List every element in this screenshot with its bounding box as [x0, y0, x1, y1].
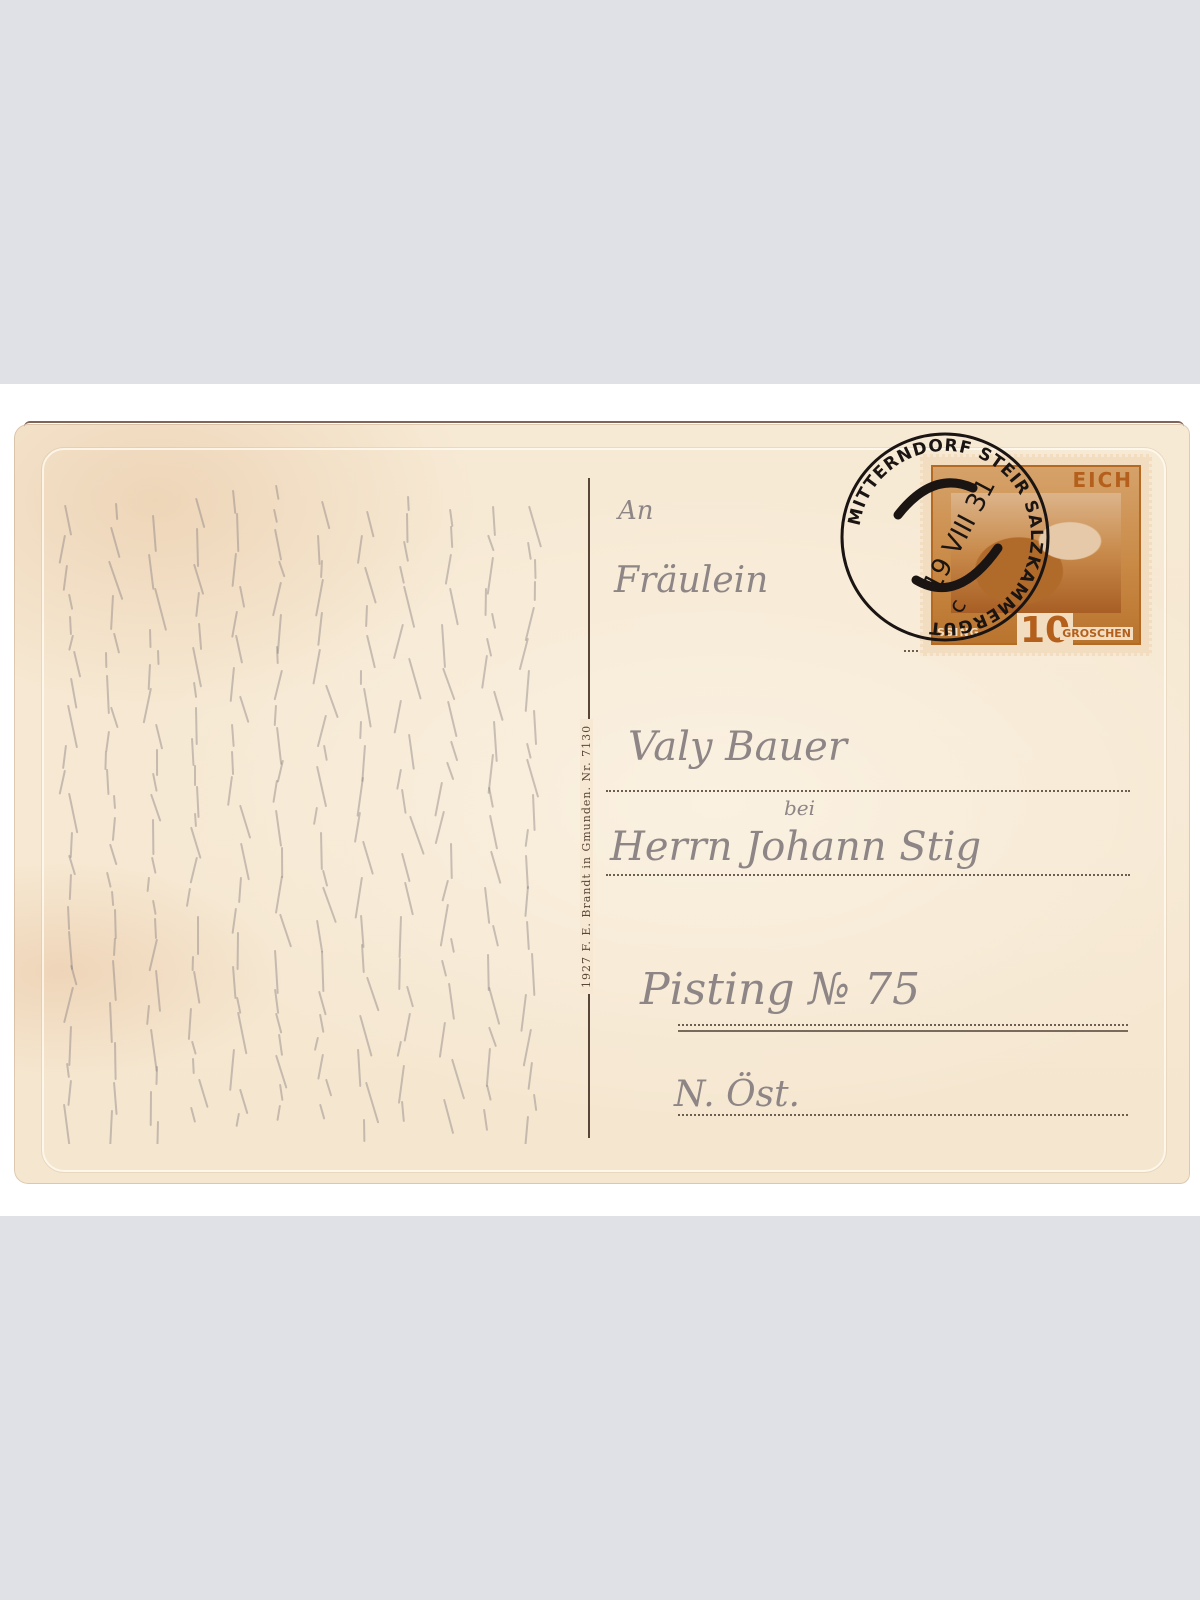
- handwriting-stroke: [149, 629, 152, 648]
- handwriting-stroke: [534, 581, 536, 601]
- handwriting-stroke: [112, 959, 117, 1000]
- handwriting-stroke: [109, 1002, 113, 1043]
- handwriting-stroke: [191, 738, 195, 766]
- handwriting-stroke: [69, 635, 75, 651]
- handwriting-stroke: [357, 1049, 361, 1087]
- handwriting-stroke: [273, 509, 278, 524]
- handwriting-stroke: [357, 776, 364, 816]
- handwriting-stroke: [525, 855, 529, 889]
- handwriting-stroke: [317, 1054, 324, 1080]
- handwriting-stroke: [197, 916, 199, 955]
- handwriting-stroke: [105, 731, 110, 752]
- address-underline: [678, 1030, 1128, 1032]
- handwriting-stroke: [525, 670, 530, 712]
- address-salutation: An: [618, 496, 654, 526]
- handwriting-stroke: [488, 1027, 497, 1048]
- address-line-5: [678, 1114, 1128, 1116]
- handwriting-stroke: [528, 506, 542, 548]
- handwriting-stroke: [193, 564, 204, 595]
- handwriting-stroke: [521, 994, 528, 1032]
- handwriting-stroke: [272, 582, 282, 617]
- handwriting-stroke: [357, 535, 363, 564]
- handwriting-stroke: [524, 829, 528, 847]
- handwriting-stroke: [275, 1054, 287, 1088]
- handwriting-stroke: [406, 986, 414, 1007]
- handwriting-stroke: [316, 920, 323, 952]
- handwriting-stroke: [67, 1080, 72, 1106]
- handwriting-stroke: [236, 932, 238, 970]
- handwriting-stroke: [403, 541, 409, 562]
- handwriting-stroke: [407, 496, 410, 511]
- handwriting-stroke: [189, 856, 197, 883]
- handwriting-stroke: [486, 1048, 491, 1087]
- handwriting-stroke: [114, 909, 117, 939]
- handwriting-stroke: [489, 815, 498, 850]
- handwriting-stroke: [402, 852, 412, 882]
- handwriting-stroke: [450, 741, 458, 762]
- handwriting-stroke: [487, 535, 494, 551]
- handwriting-stroke: [524, 1116, 529, 1144]
- handwriting-stroke: [192, 956, 194, 971]
- address-line-3: [606, 874, 1130, 876]
- handwriting-stroke: [277, 760, 284, 783]
- handwriting-stroke: [104, 751, 107, 770]
- handwriting-stroke: [316, 766, 327, 807]
- handwriting-stroke: [194, 765, 196, 786]
- handwriting-stroke: [113, 795, 116, 809]
- handwriting-stroke: [110, 527, 120, 558]
- handwriting-stroke: [106, 769, 109, 795]
- handwriting-stroke: [231, 724, 235, 747]
- handwriting-stroke: [488, 787, 494, 808]
- handwriting-stroke: [73, 651, 81, 678]
- publisher-imprint: 1927 F. E. Brandt in Gmunden. Nr. 7130: [580, 719, 593, 994]
- handwriting-stroke: [276, 1105, 281, 1121]
- handwriting-stroke: [317, 612, 323, 646]
- handwriting-stroke: [194, 813, 197, 827]
- handwriting-stroke: [320, 560, 323, 578]
- handwriting-stroke: [113, 632, 120, 653]
- handwriting-stroke: [281, 847, 283, 878]
- handwriting-stroke: [68, 793, 78, 833]
- handwriting-stroke: [192, 1058, 195, 1074]
- handwriting-stroke: [323, 745, 328, 761]
- handwriting-stroke: [230, 667, 235, 702]
- handwriting-stroke: [196, 528, 199, 567]
- handwriting-stroke: [67, 906, 70, 930]
- handwriting-stroke: [152, 819, 154, 855]
- handwriting-stroke: [114, 1041, 117, 1079]
- handwriting-stroke: [154, 587, 167, 630]
- handwriting-stroke: [69, 616, 72, 635]
- handwriting-stroke: [360, 670, 362, 685]
- handwriting-stroke: [146, 1004, 150, 1024]
- handwriting-stroke: [156, 1066, 159, 1085]
- handwriting-stroke: [68, 855, 76, 875]
- handwriting-stroke: [155, 970, 161, 1012]
- handwriting-stroke: [526, 921, 530, 950]
- handwriting-stroke: [196, 786, 200, 818]
- handwriting-stroke: [150, 794, 161, 822]
- handwriting-stroke: [236, 996, 241, 1013]
- handwriting-stroke: [274, 529, 282, 561]
- handwriting-stroke: [363, 1119, 365, 1142]
- handwriting-stroke: [312, 649, 321, 684]
- handwriting-stroke: [483, 1108, 488, 1130]
- handwriting-stroke: [278, 1034, 283, 1056]
- handwriting-stroke: [273, 670, 282, 701]
- handwriting-stroke: [68, 594, 73, 610]
- handwriting-stroke: [147, 664, 150, 690]
- address-line-2: [606, 790, 1130, 792]
- handwriting-stroke: [441, 959, 447, 976]
- handwriting-stroke: [191, 1041, 197, 1055]
- handwriting-stroke: [63, 1104, 70, 1144]
- handwriting-stroke: [319, 1013, 325, 1032]
- handwriting-stroke: [232, 966, 236, 999]
- handwriting-stroke: [440, 903, 449, 945]
- handwriting-stroke: [366, 634, 376, 668]
- handwriting-stroke: [143, 688, 152, 724]
- handwriting-stroke: [406, 513, 409, 543]
- handwriting-stroke: [273, 705, 276, 726]
- handwriting-stroke: [148, 554, 154, 590]
- handwriting-stroke: [393, 699, 401, 733]
- handwriting-stroke: [441, 880, 448, 901]
- handwriting-stroke: [274, 950, 279, 994]
- handwriting-stroke: [112, 817, 116, 841]
- handwriting-stroke: [488, 987, 500, 1025]
- handwriting-stroke: [58, 534, 65, 563]
- handwriting-stroke: [524, 886, 529, 917]
- handwriting-stroke: [409, 815, 425, 854]
- handwriting-stroke: [533, 1094, 537, 1111]
- address-host: Herrn Johann Stig: [610, 824, 981, 870]
- handwriting-stroke: [523, 1029, 532, 1067]
- handwriting-stroke: [366, 977, 380, 1012]
- handwriting-stroke: [365, 1082, 379, 1123]
- address-region: N. Öst.: [674, 1074, 800, 1115]
- handwriting-stroke: [401, 1101, 405, 1122]
- handwriting-stroke: [67, 705, 78, 748]
- handwriting-stroke: [106, 872, 112, 888]
- handwriting-stroke: [487, 954, 490, 991]
- handwriting-stroke: [69, 874, 72, 900]
- handwriting-stroke: [278, 560, 285, 577]
- address-name: Valy Bauer: [628, 724, 847, 770]
- handwriting-stroke: [360, 915, 365, 948]
- handwriting-stroke: [272, 780, 278, 803]
- handwriting-stroke: [157, 650, 160, 665]
- handwriting-stroke: [491, 613, 496, 629]
- handwriting-stroke: [313, 807, 318, 825]
- handwriting-stroke: [355, 877, 363, 919]
- handwriting-stroke: [490, 851, 501, 884]
- handwriting-stroke: [438, 1022, 445, 1058]
- handwriting-stroke: [108, 561, 123, 600]
- handwriting-stroke: [361, 943, 365, 972]
- handwriting-stroke: [366, 510, 375, 537]
- handwriting-stroke: [315, 578, 324, 615]
- handwriting-stroke: [156, 749, 158, 776]
- handwriting-stroke: [393, 624, 404, 659]
- handwriting-stroke: [193, 682, 197, 698]
- handwriting-stroke: [195, 592, 200, 617]
- handwriting-stroke: [105, 652, 107, 668]
- handwriting-stroke: [113, 1082, 118, 1115]
- handwriting-stroke: [484, 887, 490, 924]
- handwriting-stroke: [109, 844, 117, 866]
- handwriting-stroke: [229, 1049, 235, 1091]
- handwriting-stroke: [236, 513, 239, 552]
- handwriting-stroke: [450, 526, 453, 548]
- handwriting-stroke: [193, 971, 200, 1004]
- handwriting-stroke: [149, 1091, 151, 1126]
- handwriting-stroke: [364, 567, 377, 604]
- handwriting-stroke: [156, 1121, 159, 1144]
- handwritten-message: [44, 464, 574, 1144]
- handwriting-stroke: [152, 900, 157, 915]
- handwriting-stroke: [70, 965, 78, 986]
- handwriting-stroke: [519, 638, 529, 671]
- handwriting-stroke: [528, 1062, 533, 1090]
- handwriting-stroke: [486, 1085, 492, 1101]
- handwriting-stroke: [322, 869, 328, 886]
- stamp-unit: GROSCHEN: [1060, 627, 1133, 640]
- handwriting-stroke: [113, 938, 116, 956]
- handwriting-stroke: [354, 812, 361, 843]
- handwriting-stroke: [399, 566, 405, 584]
- handwriting-stroke: [63, 986, 74, 1022]
- handwriting-stroke: [236, 1112, 241, 1126]
- handwriting-stroke: [235, 635, 243, 664]
- handwriting-stroke: [239, 1089, 248, 1114]
- handwriting-stroke: [321, 501, 330, 530]
- handwriting-stroke: [198, 623, 202, 651]
- handwriting-stroke: [198, 1078, 209, 1107]
- handwriting-stroke: [110, 707, 119, 729]
- handwriting-stroke: [492, 925, 499, 947]
- handwriting-stroke: [275, 485, 279, 500]
- handwriting-stroke: [237, 1012, 247, 1055]
- handwriting-stroke: [486, 637, 492, 655]
- handwriting-stroke: [484, 588, 486, 616]
- handwriting-stroke: [398, 916, 401, 958]
- handwriting-stroke: [449, 509, 453, 527]
- handwriting-stroke: [359, 1014, 373, 1056]
- handwriting-stroke: [152, 515, 157, 553]
- handwriting-stroke: [447, 701, 458, 738]
- handwriting-stroke: [534, 559, 537, 579]
- handwriting-stroke: [227, 775, 233, 805]
- handwriting-stroke: [275, 810, 282, 847]
- handwriting-stroke: [481, 654, 488, 688]
- handwriting-stroke: [186, 888, 191, 907]
- handwriting-stroke: [240, 843, 250, 881]
- handwriting-stroke: [404, 882, 414, 915]
- handwriting-stroke: [238, 877, 242, 903]
- handwriting-stroke: [492, 506, 496, 537]
- handwriting-stroke: [154, 918, 157, 939]
- handwriting-stroke: [397, 1041, 402, 1057]
- handwriting-stroke: [533, 710, 537, 745]
- handwriting-stroke: [190, 827, 201, 859]
- handwriting-stroke: [275, 1013, 282, 1034]
- handwriting-stroke: [318, 991, 327, 1015]
- handwriting-stroke: [190, 1107, 196, 1123]
- handwriting-stroke: [150, 1028, 158, 1071]
- handwriting-stroke: [363, 688, 372, 728]
- handwriting-stroke: [322, 886, 337, 923]
- handwriting-stroke: [317, 715, 327, 748]
- handwriting-stroke: [408, 658, 422, 700]
- handwriting-stroke: [365, 605, 368, 627]
- handwriting-stroke: [408, 734, 415, 770]
- handwriting-stroke: [525, 607, 535, 642]
- handwriting-stroke: [64, 504, 72, 535]
- handwriting-stroke: [325, 1079, 332, 1097]
- handwriting-stroke: [110, 595, 114, 630]
- postcard: 1927 F. E. Brandt in Gmunden. Nr. 7130 A…: [14, 424, 1190, 1184]
- handwriting-stroke: [446, 762, 454, 780]
- handwriting-stroke: [231, 553, 236, 587]
- handwriting-stroke: [449, 588, 459, 626]
- handwriting-stroke: [403, 585, 415, 627]
- handwriting-stroke: [239, 696, 249, 723]
- handwriting-stroke: [108, 1110, 112, 1144]
- address-town: Pisting № 75: [640, 964, 920, 1015]
- handwriting-stroke: [445, 553, 452, 584]
- handwriting-stroke: [493, 691, 504, 721]
- handwriting-stroke: [320, 832, 323, 870]
- handwriting-stroke: [359, 721, 362, 739]
- handwriting-stroke: [151, 857, 157, 874]
- handwriting-stroke: [231, 751, 234, 775]
- handwriting-stroke: [111, 891, 114, 906]
- handwriting-stroke: [155, 724, 163, 750]
- handwriting-stroke: [442, 668, 455, 700]
- handwriting-stroke: [314, 1037, 319, 1051]
- handwriting-stroke: [232, 489, 236, 513]
- handwriting-stroke: [399, 958, 402, 990]
- handwriting-stroke: [398, 1065, 405, 1104]
- address-care-of: bei: [784, 796, 815, 820]
- handwriting-stroke: [62, 745, 67, 769]
- handwriting-stroke: [279, 1084, 283, 1101]
- handwriting-stroke: [319, 1104, 325, 1120]
- handwriting-stroke: [115, 503, 118, 520]
- handwriting-stroke: [532, 794, 536, 831]
- handwriting-stroke: [443, 1099, 454, 1135]
- handwriting-stroke: [325, 685, 339, 719]
- handwriting-stroke: [321, 951, 324, 992]
- handwriting-stroke: [451, 1058, 465, 1098]
- handwriting-stroke: [239, 805, 251, 839]
- handwriting-stroke: [62, 565, 67, 591]
- handwriting-stroke: [274, 876, 282, 914]
- address-line-4: [678, 1024, 1128, 1026]
- handwriting-stroke: [450, 843, 453, 879]
- handwriting-stroke: [188, 1008, 192, 1040]
- handwriting-stroke: [450, 937, 455, 952]
- handwriting-stroke: [526, 743, 532, 759]
- handwriting-stroke: [148, 939, 157, 971]
- handwriting-stroke: [487, 557, 494, 595]
- handwriting-stroke: [448, 983, 455, 1020]
- handwriting-stroke: [396, 768, 402, 789]
- handwriting-stroke: [526, 759, 539, 798]
- handwriting-stroke: [531, 953, 535, 996]
- handwriting-stroke: [231, 907, 237, 933]
- handwriting-stroke: [239, 586, 245, 608]
- handwriting-stroke: [195, 498, 205, 528]
- handwriting-stroke: [69, 831, 72, 857]
- handwriting-stroke: [441, 624, 446, 668]
- handwriting-stroke: [231, 611, 238, 638]
- handwriting-stroke: [279, 914, 292, 947]
- handwriting-stroke: [70, 678, 77, 708]
- handwriting-stroke: [69, 1026, 73, 1066]
- handwriting-stroke: [59, 769, 66, 793]
- handwriting-stroke: [403, 1013, 410, 1042]
- handwriting-stroke: [362, 841, 374, 875]
- handwriting-stroke: [401, 789, 407, 814]
- address-title: Fräulein: [614, 560, 768, 601]
- handwriting-stroke: [527, 542, 532, 560]
- handwriting-stroke: [195, 707, 198, 745]
- handwriting-stroke: [147, 877, 150, 892]
